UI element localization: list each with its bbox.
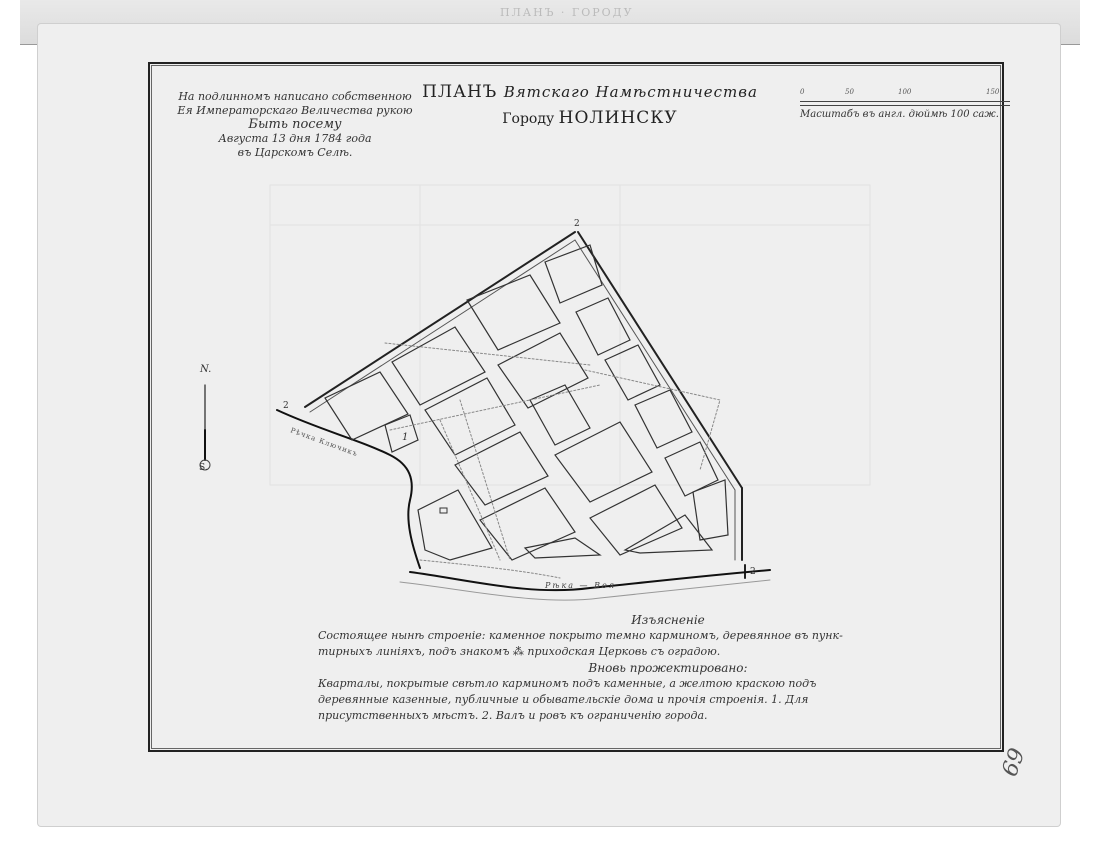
legend-explanation: Изъясненіе Состоящее нынѣ строеніе: каме… [318,612,878,724]
legend-heading: Изъясненіе [318,612,878,628]
label-river-voya: Рѣка — Воя [544,581,616,590]
marker-2-bottom: 2 [750,567,756,577]
north-arrow [200,385,210,470]
legend-projected-heading: Вновь прожектировано: [318,660,878,676]
legend-existing-line: тирныхъ линіяхъ, подъ знакомъ ⁂ приходск… [318,644,878,660]
legend-projected-line: присутственныхъ мѣстъ. 2. Валъ и ровъ къ… [318,708,878,724]
marker-2-top: 2 [574,219,580,229]
north-label: N. [199,364,211,375]
legend-projected-line: Кварталы, покрытые свѣтло карминомъ подъ… [318,676,878,692]
bleed-through-grid [270,185,870,485]
rampart-wall [305,232,745,578]
marker-2-left: 2 [283,401,289,411]
legend-existing-line: Состоящее нынѣ строеніе: каменное покрыт… [318,628,878,644]
marker-1: 1 [402,432,408,443]
south-label: S. [199,463,208,473]
label-river-klyuchik: Рѣчка Ключикъ [289,426,359,458]
city-blocks [325,245,728,560]
legend-projected-line: деревянные казенные, публичные и обывате… [318,692,878,708]
